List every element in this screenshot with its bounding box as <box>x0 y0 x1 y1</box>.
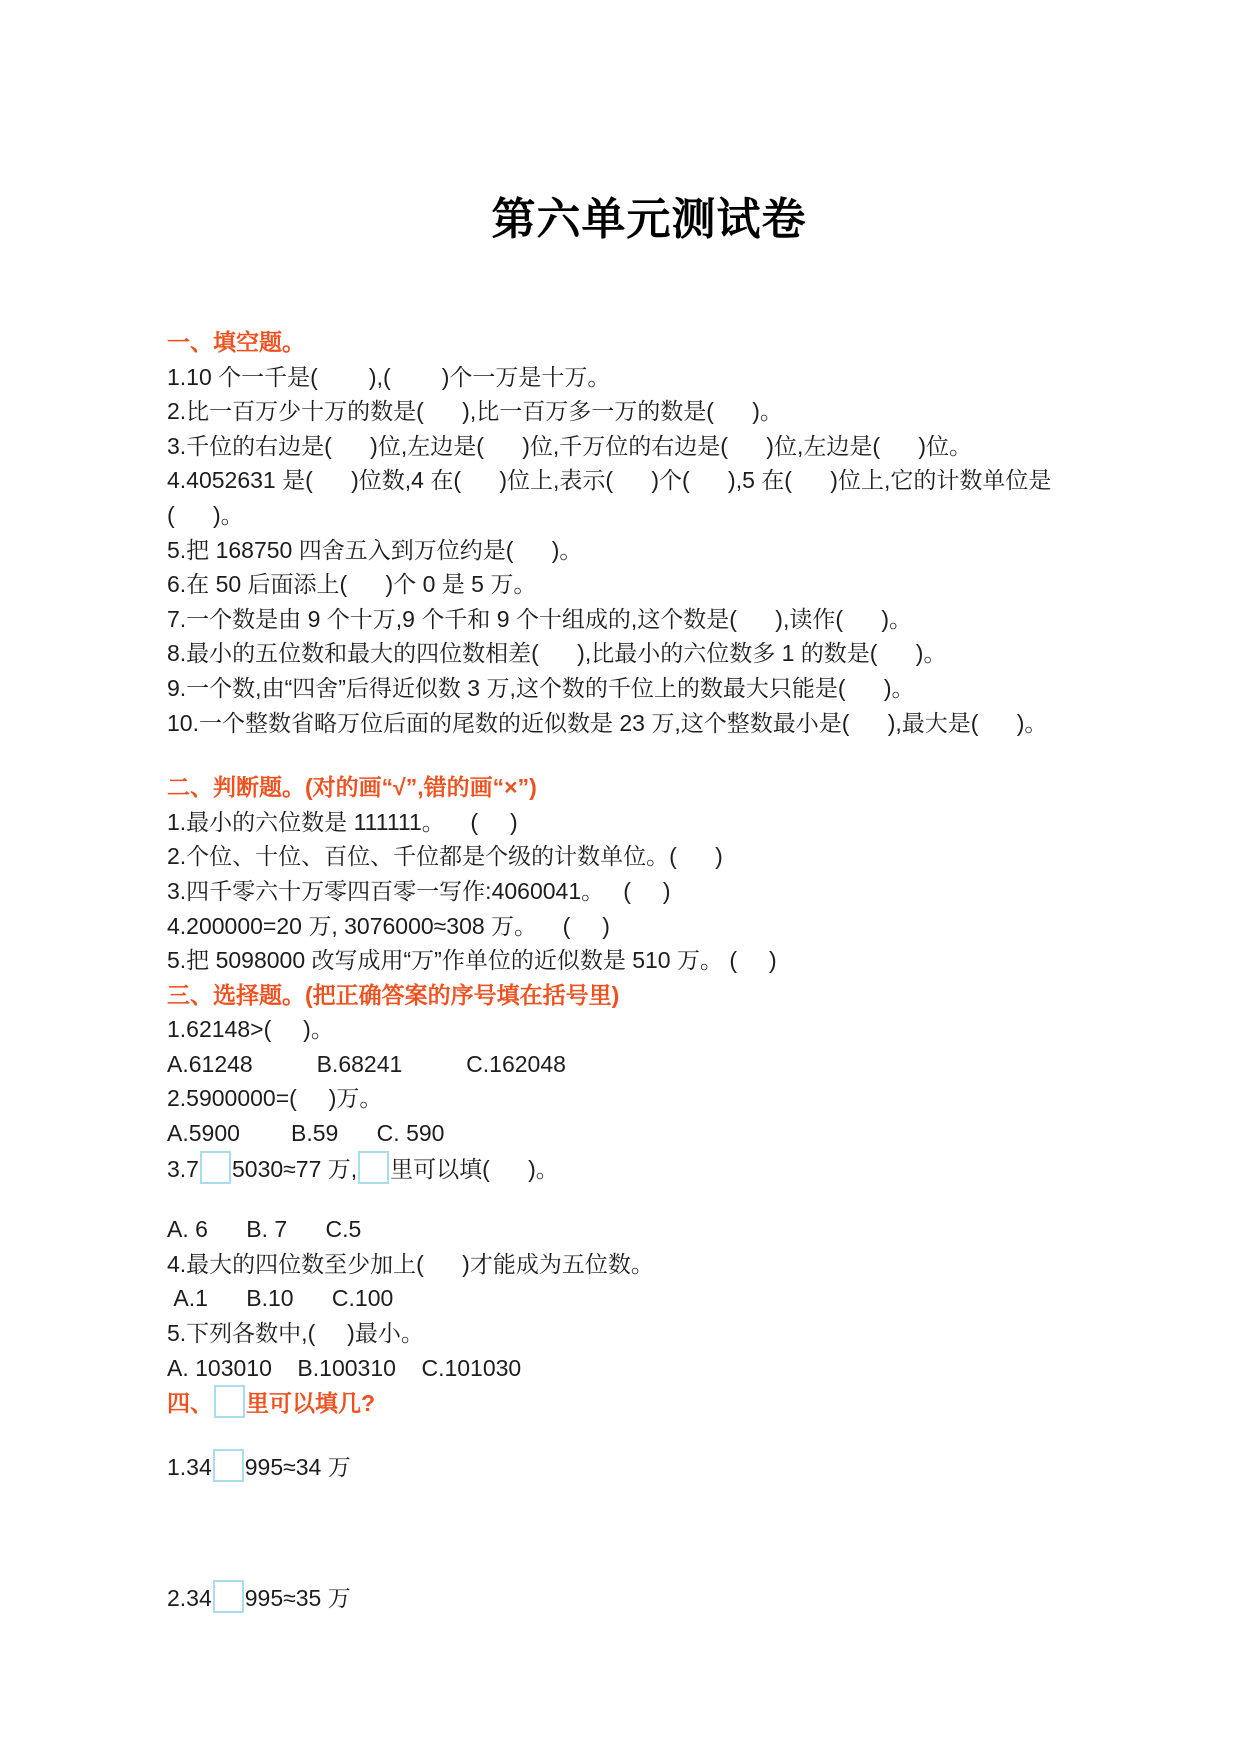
box-q1-text-1: 1.34 <box>167 1454 212 1480</box>
choice-q4-options: A.1 B.10 C.100 <box>167 1281 1091 1316</box>
judge-q1: 1.最小的六位数是 111111。 ( ) <box>167 805 1091 840</box>
choice-q1-options: A.61248 B.68241 C.162048 <box>167 1047 1091 1082</box>
fill-q6: 6.在 50 后面添上( )个 0 是 5 万。 <box>167 567 1091 602</box>
section-4-heading: 四、里可以填几? <box>167 1385 1091 1421</box>
fill-q4: 4.4052631 是( )位数,4 在( )位上,表示( )个( ),5 在(… <box>167 463 1091 532</box>
judge-q2: 2.个位、十位、百位、千位都是个级的计数单位。( ) <box>167 839 1091 874</box>
section-4-title-suffix: 里可以填几? <box>246 1390 375 1416</box>
answer-box <box>213 1580 244 1613</box>
box-q1: 1.34995≈34 万 <box>167 1449 1091 1485</box>
box-q2-text-1: 2.34 <box>167 1585 212 1611</box>
section-box-fill: 四、里可以填几? 1.34995≈34 万 2.34995≈35 万 <box>167 1385 1091 1616</box>
choice-q3-text-2: 5030≈77 万, <box>232 1156 357 1182</box>
fill-q10: 10.一个整数省略万位后面的尾数的近似数是 23 万,这个整数最小是( ),最大… <box>167 706 1091 741</box>
answer-box <box>200 1151 231 1184</box>
fill-q1: 1.10 个一千是( ),( )个一万是十万。 <box>167 360 1091 395</box>
choice-q3-text-3: 里可以填( )。 <box>390 1156 559 1182</box>
section-3-heading: 三、选择题。(把正确答案的序号填在括号里) <box>167 978 1091 1013</box>
section-3-title: 三、选择题。 <box>167 982 305 1008</box>
choice-q4: 4.最大的四位数至少加上( )才能成为五位数。 <box>167 1247 1091 1282</box>
choice-q2: 2.5900000=( )万。 <box>167 1081 1091 1116</box>
answer-box <box>358 1151 389 1184</box>
section-2-note: (对的画“√”,错的画“×”) <box>305 774 537 800</box>
judge-q4: 4.200000=20 万, 3076000≈308 万。 ( ) <box>167 909 1091 944</box>
test-paper-page: 第六单元测试卷 一、填空题。 1.10 个一千是( ),( )个一万是十万。 2… <box>0 0 1241 1616</box>
box-q2: 2.34995≈35 万 <box>167 1580 1091 1616</box>
section-fill-blanks: 一、填空题。 1.10 个一千是( ),( )个一万是十万。 2.比一百万少十万… <box>167 325 1091 740</box>
box-q2-text-2: 995≈35 万 <box>245 1585 351 1611</box>
section-4-title-prefix: 四、 <box>167 1390 213 1416</box>
section-1-heading: 一、填空题。 <box>167 325 1091 360</box>
fill-q7: 7.一个数是由 9 个十万,9 个千和 9 个十组成的,这个数是( ),读作( … <box>167 602 1091 637</box>
fill-q5: 5.把 168750 四舍五入到万位约是( )。 <box>167 533 1091 568</box>
choice-q5-options: A. 103010 B.100310 C.101030 <box>167 1351 1091 1386</box>
choice-q1: 1.62148>( )。 <box>167 1012 1091 1047</box>
choice-q3-text-1: 3.7 <box>167 1156 199 1182</box>
section-3-note: (把正确答案的序号填在括号里) <box>305 982 619 1008</box>
choice-q2-options: A.5900 B.59 C. 590 <box>167 1116 1091 1151</box>
section-2-title: 二、判断题。 <box>167 774 305 800</box>
choice-q3: 3.75030≈77 万,里可以填( )。 <box>167 1151 1091 1187</box>
section-2-heading: 二、判断题。(对的画“√”,错的画“×”) <box>167 770 1091 805</box>
page-title: 第六单元测试卷 <box>227 183 1071 247</box>
section-true-false: 二、判断题。(对的画“√”,错的画“×”) 1.最小的六位数是 111111。 … <box>167 770 1091 978</box>
answer-box <box>214 1385 245 1418</box>
section-multiple-choice: 三、选择题。(把正确答案的序号填在括号里) 1.62148>( )。 A.612… <box>167 978 1091 1386</box>
fill-q8: 8.最小的五位数和最大的四位数相差( ),比最小的六位数多 1 的数是( )。 <box>167 636 1091 671</box>
fill-q3: 3.千位的右边是( )位,左边是( )位,千万位的右边是( )位,左边是( )位… <box>167 429 1091 464</box>
choice-q3-options: A. 6 B. 7 C.5 <box>167 1212 1091 1247</box>
judge-q5: 5.把 5098000 改写成用“万”作单位的近似数是 510 万。 ( ) <box>167 943 1091 978</box>
fill-q9: 9.一个数,由“四舍”后得近似数 3 万,这个数的千位上的数最大只能是( )。 <box>167 671 1091 706</box>
judge-q3: 3.四千零六十万零四百零一写作:4060041。 ( ) <box>167 874 1091 909</box>
answer-box <box>213 1449 244 1482</box>
choice-q5: 5.下列各数中,( )最小。 <box>167 1316 1091 1351</box>
fill-q2: 2.比一百万少十万的数是( ),比一百万多一万的数是( )。 <box>167 394 1091 429</box>
box-q1-text-2: 995≈34 万 <box>245 1454 351 1480</box>
